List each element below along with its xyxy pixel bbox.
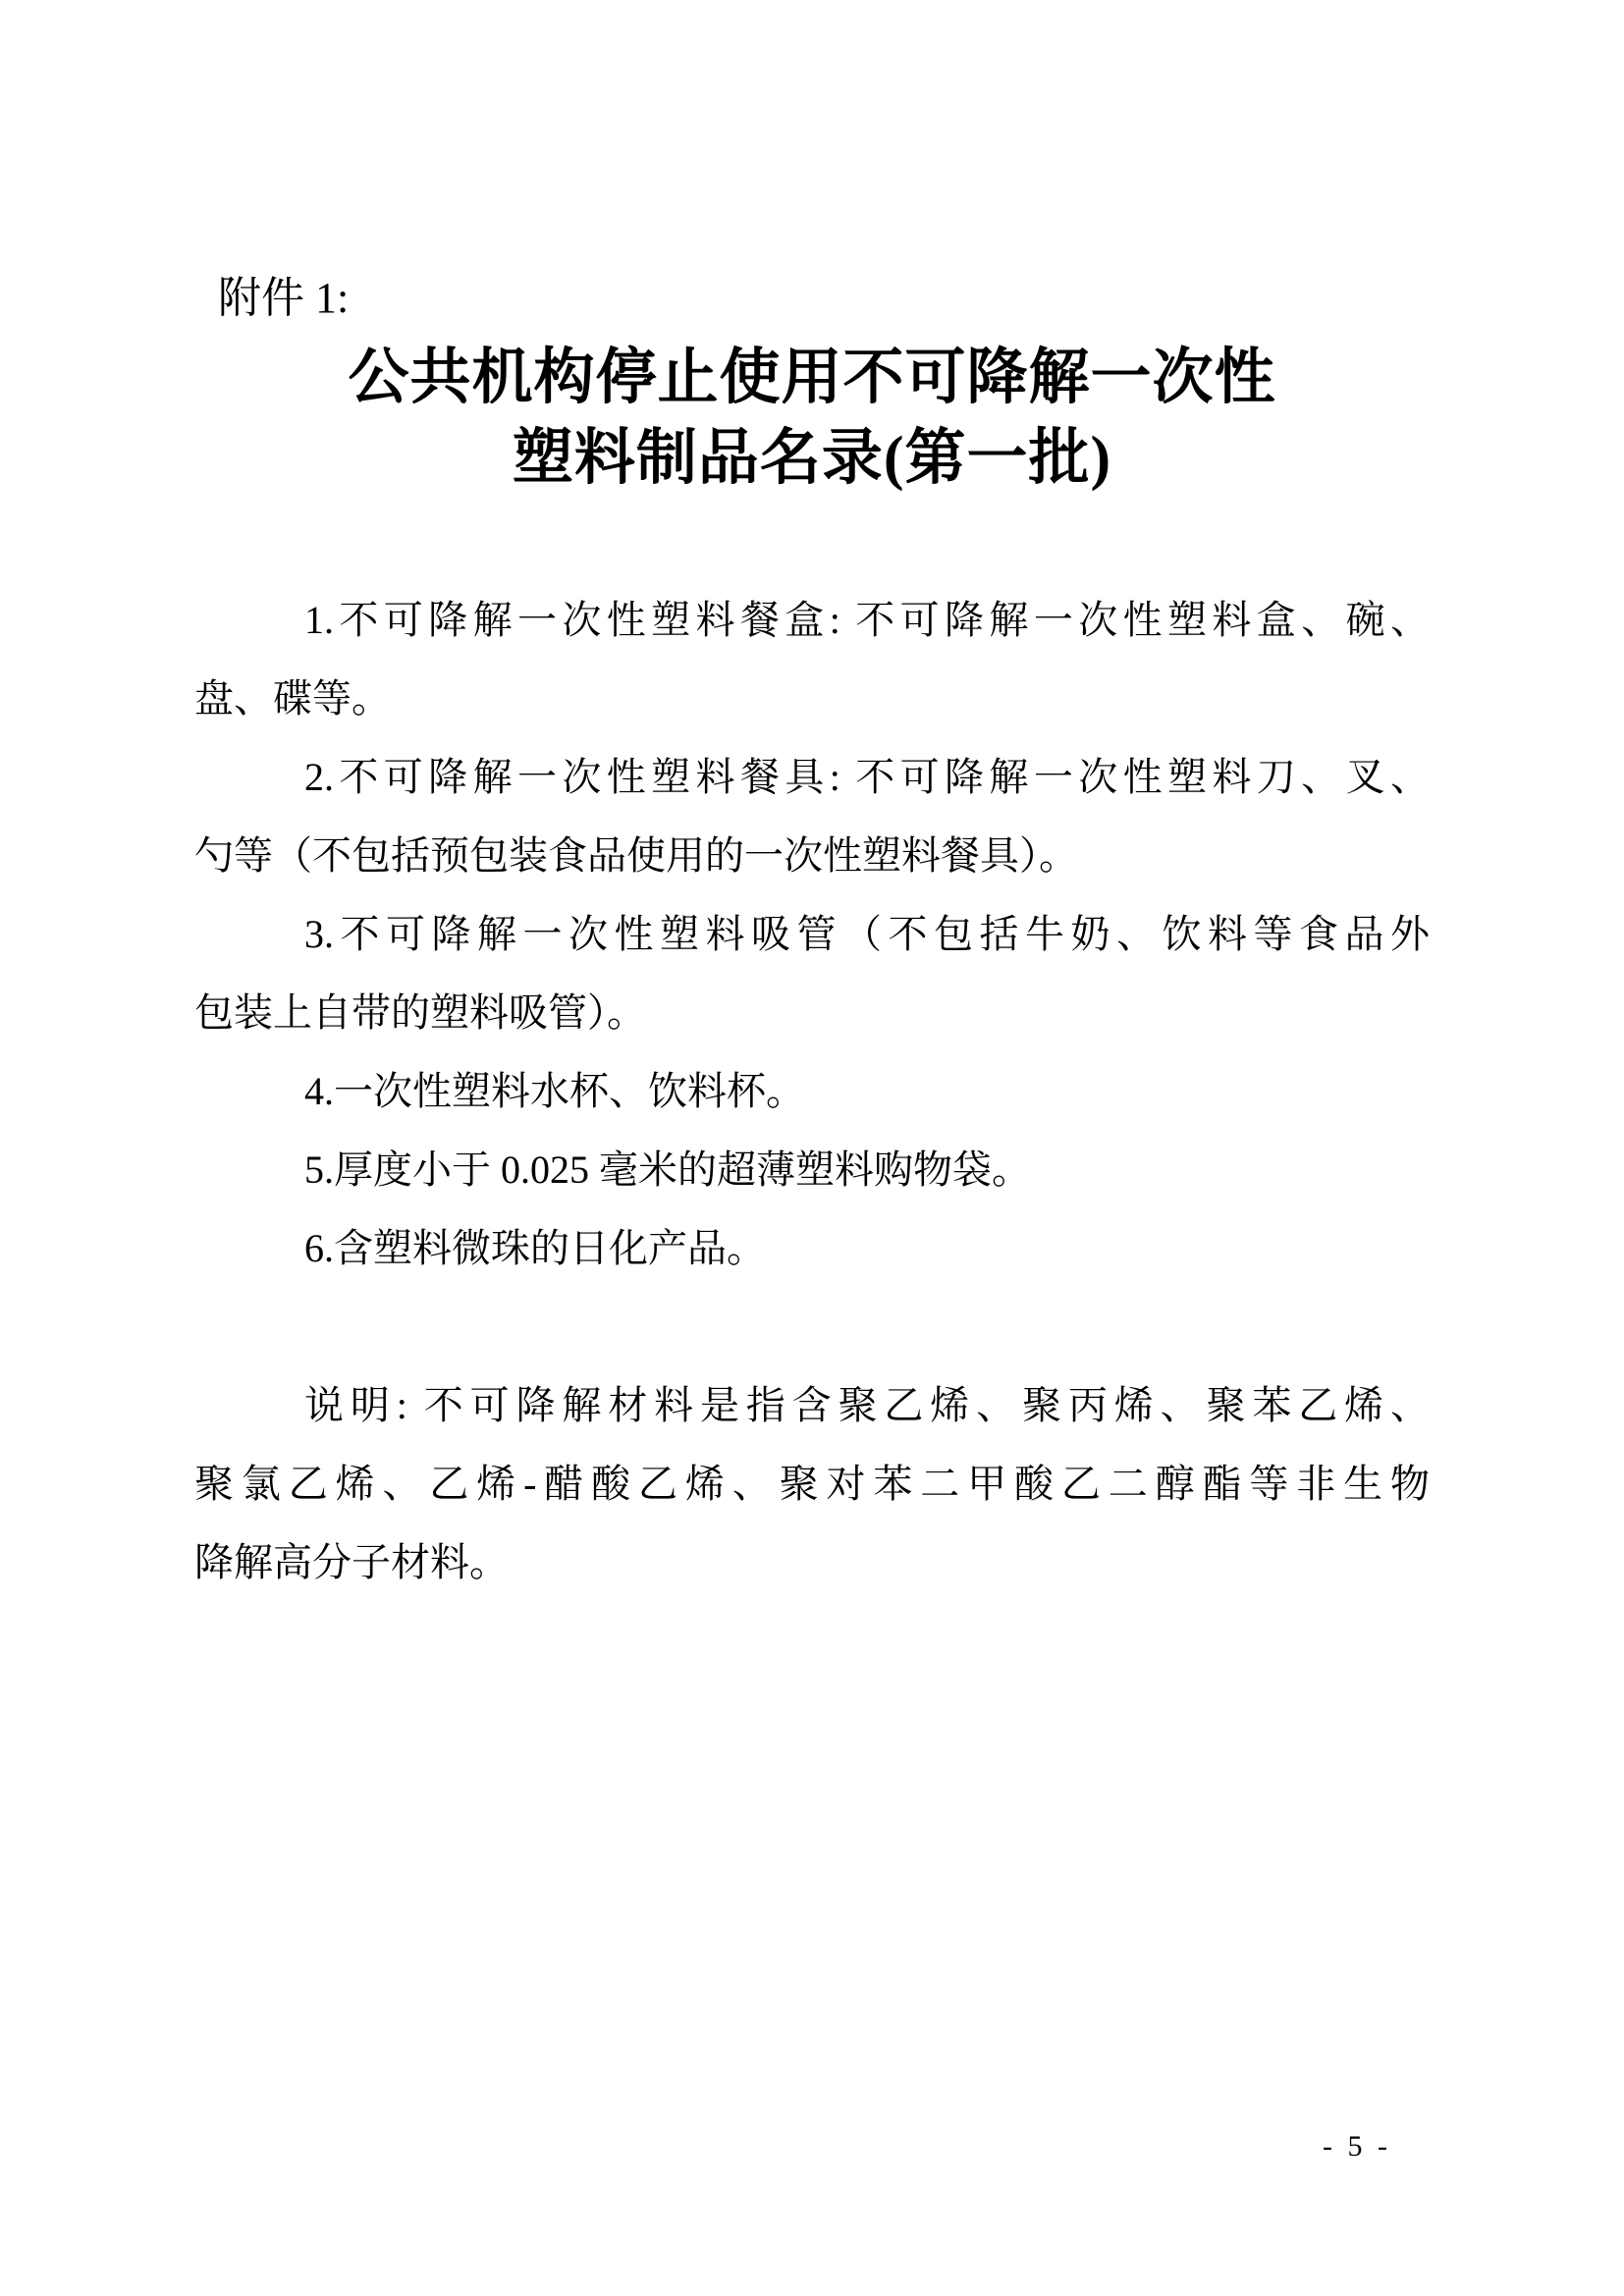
body-line: 5.厚度小于 0.025 毫米的超薄塑料购物袋。 [194,1131,1430,1209]
document-page: 附件 1: 公共机构停止使用不可降解一次性 塑料制品名录(第一批) 1.不可降解… [0,0,1624,2296]
document-body: 1.不可降解一次性塑料餐盒: 不可降解一次性塑料盒、碗、 盘、碟等。 2.不可降… [194,581,1430,1602]
body-line: 2.不可降解一次性塑料餐具: 不可降解一次性塑料刀、叉、 [194,738,1430,817]
document-title-line-1: 公共机构停止使用不可降解一次性 [0,338,1624,418]
body-line: 包装上自带的塑料吸管）。 [194,974,1430,1052]
attachment-label: 附件 1: [218,273,349,324]
body-line: 说明: 不可降解材料是指含聚乙烯、聚丙烯、聚苯乙烯、 [194,1366,1430,1445]
body-line: 勺等（不包括预包装食品使用的一次性塑料餐具）。 [194,817,1430,895]
body-line: 6.含塑料微珠的日化产品。 [194,1209,1430,1288]
body-line: 盘、碟等。 [194,660,1430,738]
body-line: 3.不可降解一次性塑料吸管（不包括牛奶、饮料等食品外 [194,895,1430,974]
body-line: 4.一次性塑料水杯、饮料杯。 [194,1052,1430,1131]
document-title-line-2: 塑料制品名录(第一批) [0,418,1624,499]
page-number: - 5 - [1323,2130,1391,2163]
body-line: 1.不可降解一次性塑料餐盒: 不可降解一次性塑料盒、碗、 [194,581,1430,660]
document-title: 公共机构停止使用不可降解一次性 塑料制品名录(第一批) [0,338,1624,499]
body-line: 降解高分子材料。 [194,1523,1430,1602]
body-line: 聚氯乙烯、乙烯-醋酸乙烯、聚对苯二甲酸乙二醇酯等非生物 [194,1445,1430,1523]
